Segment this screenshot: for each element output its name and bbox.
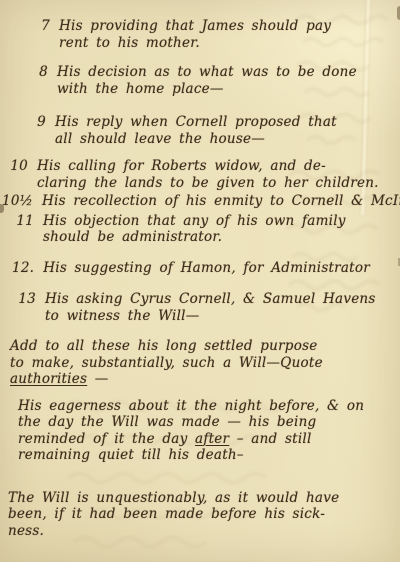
handwritten-line: claring the lands to be given to her chi… bbox=[37, 175, 394, 192]
paragraph: Add to all these his long settled purpos… bbox=[10, 338, 394, 388]
handwritten-line: to witness the Will— bbox=[45, 308, 394, 325]
handwritten-line: the day the Will was made — his being bbox=[18, 414, 394, 431]
handwritten-line: Add to all these his long settled purpos… bbox=[10, 338, 394, 355]
handwritten-line: with the home place— bbox=[57, 81, 394, 98]
item-text: His recollection of his enmity to Cornel… bbox=[42, 193, 400, 210]
list-item: 10½His recollection of his enmity to Cor… bbox=[2, 193, 394, 210]
list-item: 10His calling for Roberts widow, and de-… bbox=[8, 158, 394, 191]
handwritten-line: been, if it had been made before his sic… bbox=[8, 506, 394, 523]
text-segment: – and still bbox=[229, 431, 311, 447]
handwritten-line: His objection that any of his own family bbox=[43, 213, 394, 230]
handwritten-line: rent to his mother. bbox=[59, 35, 394, 52]
handwritten-line: ness. bbox=[8, 523, 394, 540]
underlined-text: after bbox=[195, 431, 229, 447]
list-item: 9His reply when Cornell proposed thatall… bbox=[26, 114, 394, 147]
list-item: 8His decision as to what was to be donew… bbox=[28, 64, 394, 97]
text-segment: — bbox=[87, 371, 108, 387]
handwritten-line: reminded of it the day after – and still bbox=[18, 431, 394, 448]
handwritten-line: His recollection of his enmity to Cornel… bbox=[42, 193, 400, 210]
numbered-list: 7His providing that James should payrent… bbox=[26, 18, 394, 324]
manuscript-page: 7His providing that James should payrent… bbox=[0, 0, 400, 562]
handwritten-line: His calling for Roberts widow, and de- bbox=[37, 158, 394, 175]
handwritten-line: His eagerness about it the night before,… bbox=[18, 398, 394, 415]
list-item: 7His providing that James should payrent… bbox=[30, 18, 394, 51]
list-item: 11His objection that any of his own fami… bbox=[14, 213, 394, 246]
item-text: His reply when Cornell proposed thatall … bbox=[55, 114, 394, 147]
handwritten-line: remaining quiet till his death– bbox=[18, 447, 394, 464]
item-number: 9 bbox=[26, 114, 46, 131]
item-text: His decision as to what was to be donewi… bbox=[57, 64, 394, 97]
handwritten-line: authorities — bbox=[10, 371, 394, 388]
handwritten-line: to make, substantially, such a Will—Quot… bbox=[10, 355, 394, 372]
item-number: 10 bbox=[8, 158, 28, 175]
handwritten-line: The Will is unquestionably, as it would … bbox=[8, 490, 394, 507]
list-item: 12.His suggesting of Hamon, for Administ… bbox=[12, 260, 394, 277]
handwritten-content: 7His providing that James should payrent… bbox=[26, 10, 394, 539]
item-number: 7 bbox=[30, 18, 50, 35]
closing-paragraphs: Add to all these his long settled purpos… bbox=[26, 338, 394, 539]
item-text: His providing that James should payrent … bbox=[59, 18, 394, 51]
handwritten-line: His providing that James should pay bbox=[59, 18, 394, 35]
paragraph: The Will is unquestionably, as it would … bbox=[8, 490, 394, 540]
handwritten-line: His decision as to what was to be done bbox=[57, 64, 394, 81]
underlined-text: authorities bbox=[10, 371, 87, 387]
item-number: 11 bbox=[14, 213, 34, 230]
handwritten-line: His asking Cyrus Cornell, & Samuel Haven… bbox=[45, 291, 394, 308]
paragraph: His eagerness about it the night before,… bbox=[18, 398, 394, 464]
handwritten-line: should be administrator. bbox=[43, 229, 394, 246]
handwritten-line: His reply when Cornell proposed that bbox=[55, 114, 394, 131]
item-text: His objection that any of his own family… bbox=[43, 213, 394, 246]
item-number: 12. bbox=[12, 260, 34, 277]
item-text: His asking Cyrus Cornell, & Samuel Haven… bbox=[45, 291, 394, 324]
item-number: 10½ bbox=[2, 193, 33, 210]
handwritten-line: all should leave the house— bbox=[55, 131, 394, 148]
item-number: 8 bbox=[28, 64, 48, 81]
item-text: His calling for Roberts widow, and de-cl… bbox=[37, 158, 394, 191]
item-number: 13 bbox=[16, 291, 36, 308]
list-item: 13His asking Cyrus Cornell, & Samuel Hav… bbox=[16, 291, 394, 324]
text-segment: reminded of it the day bbox=[18, 431, 195, 447]
item-text: His suggesting of Hamon, for Administrat… bbox=[43, 260, 394, 277]
handwritten-line: His suggesting of Hamon, for Administrat… bbox=[43, 260, 394, 277]
